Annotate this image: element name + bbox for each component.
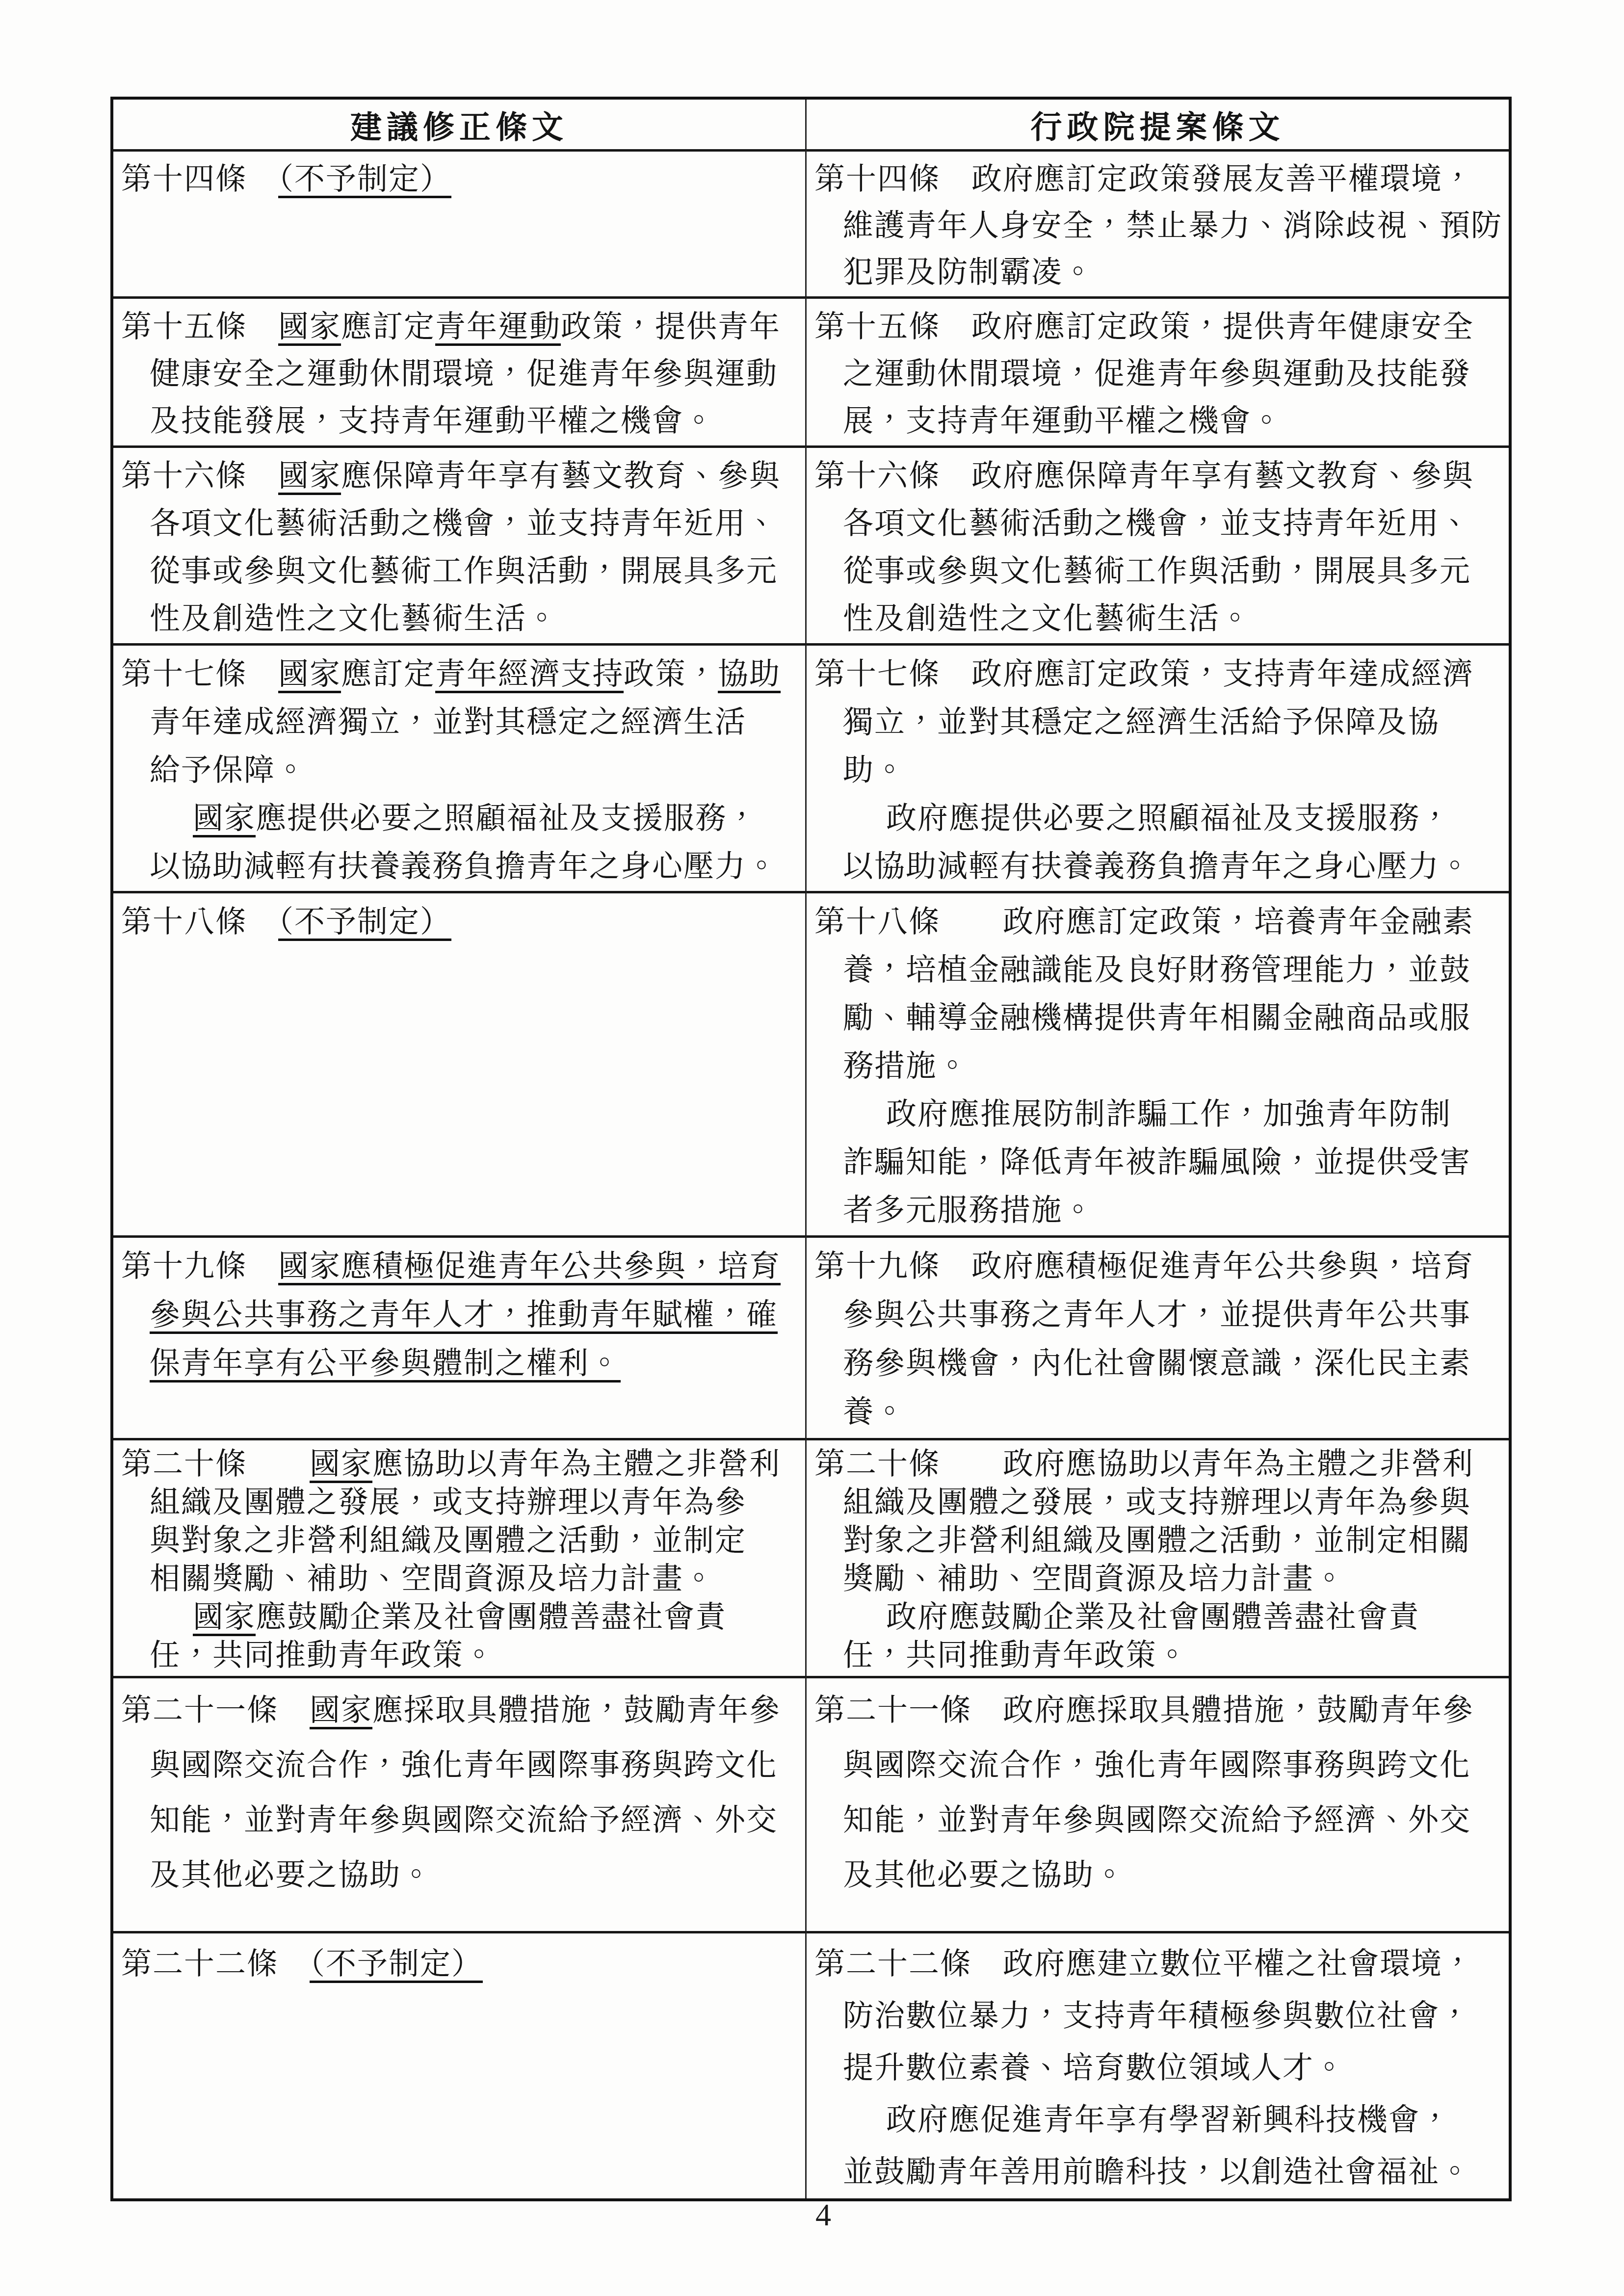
text-segment: 者多元服務措施。 — [843, 1194, 1094, 1227]
scanned-page: { "document": { "page_number": "4", "tab… — [0, 0, 1624, 2296]
text-segment: 第十八條 政府應訂定政策，培養青年金融素 — [814, 906, 1474, 939]
underlined-text-segment: 國家 — [310, 1448, 372, 1481]
text-segment: 以協助減輕有扶養義務負擔青年之身心壓力。 — [843, 850, 1471, 884]
text-line: 第十五條 國家應訂定青年運動政策，提供青年 — [121, 304, 795, 351]
underlined-text-segment: 青年運動 — [435, 311, 561, 344]
underlined-text-segment: 國家 — [193, 1601, 256, 1634]
text-line: 第十七條 政府應訂定政策，支持青年達成經濟 — [814, 651, 1499, 699]
text-segment: 防治數位暴力，支持青年積極參與數位社會， — [843, 2000, 1471, 2033]
text-segment: 政策，提供青年 — [561, 311, 781, 344]
text-line: 給予保障。 — [150, 747, 795, 795]
text-line: 以協助減輕有扶養義務負擔青年之身心壓力。 — [150, 843, 795, 891]
text-segment: 務措施。 — [843, 1050, 969, 1083]
text-line: 獎勵、補助、空間資源及培力計畫。 — [843, 1560, 1499, 1598]
underlined-text-segment: 青年經濟支持 — [435, 658, 624, 691]
text-line: 各項文化藝術活動之機會，並支持青年近用、 — [150, 500, 795, 548]
text-segment: 以協助減輕有扶養義務負擔青年之身心壓力。 — [150, 850, 778, 884]
cell-executive-yuan-proposal: 第二十一條 政府應採取具體措施，鼓勵青年參與國際交流合作，強化青年國際事務與跨文… — [807, 1676, 1509, 1931]
text-segment: 應訂定 — [341, 658, 435, 691]
text-segment: 第十六條 政府應保障青年享有藝文教育、參與 — [814, 460, 1474, 493]
text-segment: 第十九條 — [121, 1250, 278, 1283]
text-line: 青年達成經濟獨立，並對其穩定之經濟生活 — [150, 699, 795, 747]
text-line: 組織及團體之發展，或支持辦理以青年為參與 — [843, 1484, 1499, 1522]
text-line: 並鼓勵青年善用前瞻科技，以創造社會福祉。 — [843, 2146, 1499, 2198]
cell-executive-yuan-proposal: 第十四條 政府應訂定政策發展友善平權環境，維護青年人身安全，禁止暴力、消除歧視、… — [807, 149, 1509, 296]
text-line: 第十五條 政府應訂定政策，提供青年健康安全 — [814, 304, 1499, 351]
underlined-text-segment: 國家 — [193, 802, 256, 835]
text-segment: 之運動休閒環境，促進青年參與運動及技能發 — [843, 358, 1471, 391]
cell-suggested-amendment: 第十五條 國家應訂定青年運動政策，提供青年健康安全之運動休閒環境，促進青年參與運… — [113, 296, 807, 445]
underlined-text-segment: （不予制定） — [278, 906, 451, 939]
text-line: 展，支持青年運動平權之機會。 — [843, 398, 1499, 445]
cell-executive-yuan-proposal: 第十八條 政府應訂定政策，培養青年金融素養，培植金融識能及良好財務管理能力，並鼓… — [807, 891, 1509, 1235]
cell-suggested-amendment: 第十八條 （不予制定） — [113, 891, 807, 1235]
text-line: 勵、輔導金融機構提供青年相關金融商品或服 — [843, 994, 1499, 1043]
text-line: 政府應提供必要之照顧福祉及支援服務， — [886, 795, 1499, 843]
text-line: 政府應推展防制詐騙工作，加強青年防制 — [886, 1091, 1499, 1139]
text-line: 第十九條 國家應積極促進青年公共參與，培育 — [121, 1243, 795, 1291]
text-segment: 第十七條 政府應訂定政策，支持青年達成經濟 — [814, 658, 1474, 691]
text-segment: 從事或參與文化藝術工作與活動，開展具多元 — [843, 555, 1471, 588]
text-segment: 參與公共事務之青年人才，並提供青年公共事 — [843, 1299, 1471, 1332]
text-segment: 知能，並對青年參與國際交流給予經濟、外交 — [843, 1804, 1471, 1837]
cell-suggested-amendment: 第十六條 國家應保障青年享有藝文教育、參與各項文化藝術活動之機會，並支持青年近用… — [113, 445, 807, 643]
text-segment: 及其他必要之協助。 — [150, 1859, 432, 1892]
underlined-text-segment: 國家 — [278, 311, 341, 344]
text-segment: 任，共同推動青年政策。 — [150, 1639, 495, 1672]
text-line: 第二十條 政府應協助以青年為主體之非營利 — [814, 1445, 1499, 1484]
text-segment: 給予保障。 — [150, 754, 307, 787]
text-line: 養，培植金融識能及良好財務管理能力，並鼓 — [843, 946, 1499, 994]
text-line: 第二十一條 政府應採取具體措施，鼓勵青年參 — [814, 1683, 1499, 1738]
text-segment: 第十七條 — [121, 658, 278, 691]
text-line: 任，共同推動青年政策。 — [843, 1637, 1499, 1675]
text-line: 參與公共事務之青年人才，並提供青年公共事 — [843, 1291, 1499, 1340]
text-segment: 應鼓勵企業及社會團體善盡社會責 — [256, 1601, 727, 1634]
text-segment: 第十五條 政府應訂定政策，提供青年健康安全 — [814, 311, 1474, 344]
text-segment: 政府應促進青年享有學習新興科技機會， — [886, 2104, 1451, 2137]
text-segment: 展，支持青年運動平權之機會。 — [843, 405, 1283, 438]
text-segment: 應保障青年享有藝文教育、參與 — [341, 460, 781, 493]
text-line: 第十六條 政府應保障青年享有藝文教育、參與 — [814, 453, 1499, 500]
text-segment: 各項文化藝術活動之機會，並支持青年近用、 — [150, 507, 778, 541]
text-segment: 第二十二條 — [121, 1948, 310, 1981]
text-line: 參與公共事務之青年人才，推動青年賦權，確 — [150, 1291, 795, 1340]
cell-executive-yuan-proposal: 第二十二條 政府應建立數位平權之社會環境，防治數位暴力，支持青年積極參與數位社會… — [807, 1931, 1509, 2198]
text-line: 與對象之非營利組織及團體之活動，並制定 — [150, 1522, 795, 1560]
text-segment: 各項文化藝術活動之機會，並支持青年近用、 — [843, 507, 1471, 541]
text-segment: 應提供必要之照顧福祉及支援服務， — [256, 802, 758, 835]
text-line: 第十八條 政府應訂定政策，培養青年金融素 — [814, 898, 1499, 946]
text-segment: 維護青年人身安全，禁止暴力、消除歧視、預防 — [843, 209, 1502, 243]
underlined-text-segment: 國家 — [310, 1694, 372, 1727]
text-line: 第十四條 政府應訂定政策發展友善平權環境， — [814, 157, 1499, 203]
cell-executive-yuan-proposal: 第十九條 政府應積極促進青年公共參與，培育參與公共事務之青年人才，並提供青年公共… — [807, 1235, 1509, 1438]
text-segment: 應採取具體措施，鼓勵青年參 — [372, 1694, 781, 1727]
text-line: 保青年享有公平參與體制之權利。 — [150, 1340, 795, 1388]
underlined-text-segment: 國家 — [278, 460, 341, 493]
text-segment: 犯罪及防制霸凌。 — [843, 256, 1094, 289]
text-line: 第二十一條 國家應採取具體措施，鼓勵青年參 — [121, 1683, 795, 1738]
text-segment: 與國際交流合作，強化青年國際事務與跨文化 — [843, 1749, 1471, 1782]
text-segment: 第二十一條 — [121, 1694, 310, 1727]
text-line: 務參與機會，內化社會關懷意識，深化民主素 — [843, 1340, 1499, 1388]
text-segment: 應協助以青年為主體之非營利 — [372, 1448, 781, 1481]
text-line: 及技能發展，支持青年運動平權之機會。 — [150, 398, 795, 445]
text-segment: 第二十條 — [121, 1448, 310, 1481]
text-line: 務措施。 — [843, 1043, 1499, 1091]
text-segment: 及技能發展，支持青年運動平權之機會。 — [150, 405, 715, 438]
text-segment: 組織及團體之發展，或支持辦理以青年為參與 — [843, 1486, 1471, 1519]
text-line: 第二十條 國家應協助以青年為主體之非營利 — [121, 1445, 795, 1484]
page-number: 4 — [804, 2197, 843, 2233]
text-line: 以協助減輕有扶養義務負擔青年之身心壓力。 — [843, 843, 1499, 891]
text-line: 健康安全之運動休閒環境，促進青年參與運動 — [150, 351, 795, 398]
text-segment: 詐騙知能，降低青年被詐騙風險，並提供受害 — [843, 1146, 1471, 1179]
text-segment: 第十九條 政府應積極促進青年公共參與，培育 — [814, 1250, 1474, 1283]
text-line: 第十八條 （不予制定） — [121, 898, 795, 946]
underlined-text-segment: 國家應積極促進青年公共參與，培育 — [278, 1250, 781, 1283]
text-segment: 性及創造性之文化藝術生活。 — [843, 602, 1251, 636]
text-segment: 政策， — [624, 658, 718, 691]
text-line: 助。 — [843, 747, 1499, 795]
text-segment: 及其他必要之協助。 — [843, 1859, 1126, 1892]
text-segment: 獨立，並對其穩定之經濟生活給予保障及協 — [843, 706, 1440, 739]
text-segment: 健康安全之運動休閒環境，促進青年參與運動 — [150, 358, 778, 391]
cell-suggested-amendment: 第十九條 國家應積極促進青年公共參與，培育參與公共事務之青年人才，推動青年賦權，… — [113, 1235, 807, 1438]
text-segment: 第二十條 政府應協助以青年為主體之非營利 — [814, 1448, 1474, 1481]
text-segment: 第十八條 — [121, 906, 278, 939]
text-segment: 從事或參與文化藝術工作與活動，開展具多元 — [150, 555, 778, 588]
document-sheet: 建議修正條文 行政院提案條文 第十四條 （不予制定）第十四條 政府應訂定政策發展… — [0, 0, 1624, 2296]
text-line: 第二十二條 （不予制定） — [121, 1938, 795, 1990]
text-segment: 青年達成經濟獨立，並對其穩定之經濟生活 — [150, 706, 746, 739]
text-line: 各項文化藝術活動之機會，並支持青年近用、 — [843, 500, 1499, 548]
text-line: 知能，並對青年參與國際交流給予經濟、外交 — [150, 1793, 795, 1848]
cell-executive-yuan-proposal: 第十六條 政府應保障青年享有藝文教育、參與各項文化藝術活動之機會，並支持青年近用… — [807, 445, 1509, 643]
text-segment: 相關獎勵、補助、空間資源及培力計畫。 — [150, 1563, 715, 1596]
text-line: 第二十二條 政府應建立數位平權之社會環境， — [814, 1938, 1499, 1990]
text-segment: 務參與機會，內化社會關懷意識，深化民主素 — [843, 1347, 1471, 1381]
text-line: 之運動休閒環境，促進青年參與運動及技能發 — [843, 351, 1499, 398]
text-segment: 知能，並對青年參與國際交流給予經濟、外交 — [150, 1804, 778, 1837]
text-line: 第十九條 政府應積極促進青年公共參與，培育 — [814, 1243, 1499, 1291]
text-segment: 養。 — [843, 1396, 906, 1429]
text-line: 政府應促進青年享有學習新興科技機會， — [886, 2094, 1499, 2146]
cell-suggested-amendment: 第二十二條 （不予制定） — [113, 1931, 807, 2198]
column-header-left: 建議修正條文 — [113, 100, 807, 149]
text-line: 組織及團體之發展，或支持辦理以青年為參 — [150, 1484, 795, 1522]
cell-suggested-amendment: 第二十條 國家應協助以青年為主體之非營利組織及團體之發展，或支持辦理以青年為參與… — [113, 1438, 807, 1676]
text-segment: 與對象之非營利組織及團體之活動，並制定 — [150, 1524, 746, 1558]
text-line: 對象之非營利組織及團體之活動，並制定相關 — [843, 1522, 1499, 1560]
text-line: 知能，並對青年參與國際交流給予經濟、外交 — [843, 1793, 1499, 1848]
cell-executive-yuan-proposal: 第十五條 政府應訂定政策，提供青年健康安全之運動休閒環境，促進青年參與運動及技能… — [807, 296, 1509, 445]
text-line: 相關獎勵、補助、空間資源及培力計畫。 — [150, 1560, 795, 1598]
text-line: 維護青年人身安全，禁止暴力、消除歧視、預防 — [843, 203, 1499, 250]
text-segment: 助。 — [843, 754, 906, 787]
text-segment: 性及創造性之文化藝術生活。 — [150, 602, 558, 636]
text-segment: 第二十一條 政府應採取具體措施，鼓勵青年參 — [814, 1694, 1474, 1727]
underlined-text-segment: 參與公共事務之青年人才，推動青年賦權，確 — [150, 1299, 778, 1332]
text-line: 及其他必要之協助。 — [843, 1848, 1499, 1903]
text-line: 與國際交流合作，強化青年國際事務與跨文化 — [150, 1738, 795, 1793]
underlined-text-segment: （不予制定） — [278, 163, 451, 196]
text-line: 任，共同推動青年政策。 — [150, 1637, 795, 1675]
text-line: 者多元服務措施。 — [843, 1187, 1499, 1235]
text-line: 犯罪及防制霸凌。 — [843, 250, 1499, 296]
text-segment: 第二十二條 政府應建立數位平權之社會環境， — [814, 1948, 1474, 1981]
underlined-text-segment: 保青年享有公平參與體制之權利。 — [150, 1347, 621, 1381]
text-line: 國家應鼓勵企業及社會團體善盡社會責 — [193, 1598, 795, 1637]
cell-suggested-amendment: 第十七條 國家應訂定青年經濟支持政策，協助青年達成經濟獨立，並對其穩定之經濟生活… — [113, 643, 807, 891]
underlined-text-segment: 國家 — [278, 658, 341, 691]
text-segment: 第十五條 — [121, 311, 278, 344]
text-segment: 組織及團體之發展，或支持辦理以青年為參 — [150, 1486, 746, 1519]
text-line: 性及創造性之文化藝術生活。 — [843, 596, 1499, 643]
text-segment: 任，共同推動青年政策。 — [843, 1639, 1188, 1672]
text-line: 與國際交流合作，強化青年國際事務與跨文化 — [843, 1738, 1499, 1793]
text-line: 獨立，並對其穩定之經濟生活給予保障及協 — [843, 699, 1499, 747]
text-line: 第十六條 國家應保障青年享有藝文教育、參與 — [121, 453, 795, 500]
underlined-text-segment: 協助 — [718, 658, 781, 691]
text-segment: 第十六條 — [121, 460, 278, 493]
cell-executive-yuan-proposal: 第十七條 政府應訂定政策，支持青年達成經濟獨立，並對其穩定之經濟生活給予保障及協… — [807, 643, 1509, 891]
column-header-right: 行政院提案條文 — [807, 100, 1509, 149]
text-segment: 第十四條 政府應訂定政策發展友善平權環境， — [814, 163, 1474, 196]
text-line: 從事或參與文化藝術工作與活動，開展具多元 — [843, 548, 1499, 596]
text-line: 國家應提供必要之照顧福祉及支援服務， — [193, 795, 795, 843]
text-line: 及其他必要之協助。 — [150, 1848, 795, 1903]
text-line: 提升數位素養、培育數位領域人才。 — [843, 2042, 1499, 2094]
text-line: 政府應鼓勵企業及社會團體善盡社會責 — [886, 1598, 1499, 1637]
text-line: 性及創造性之文化藝術生活。 — [150, 596, 795, 643]
text-segment: 應訂定 — [341, 311, 435, 344]
text-segment: 勵、輔導金融機構提供青年相關金融商品或服 — [843, 1002, 1471, 1035]
text-segment: 政府應提供必要之照顧福祉及支援服務， — [886, 802, 1451, 835]
text-segment: 獎勵、補助、空間資源及培力計畫。 — [843, 1563, 1345, 1596]
text-segment: 政府應推展防制詐騙工作，加強青年防制 — [886, 1098, 1451, 1131]
text-segment: 與國際交流合作，強化青年國際事務與跨文化 — [150, 1749, 778, 1782]
text-line: 養。 — [843, 1388, 1499, 1437]
text-line: 第十七條 國家應訂定青年經濟支持政策，協助 — [121, 651, 795, 699]
text-line: 從事或參與文化藝術工作與活動，開展具多元 — [150, 548, 795, 596]
cell-suggested-amendment: 第十四條 （不予制定） — [113, 149, 807, 296]
comparison-table: 建議修正條文 行政院提案條文 第十四條 （不予制定）第十四條 政府應訂定政策發展… — [110, 97, 1512, 2201]
text-line: 防治數位暴力，支持青年積極參與數位社會， — [843, 1990, 1499, 2042]
cell-executive-yuan-proposal: 第二十條 政府應協助以青年為主體之非營利組織及團體之發展，或支持辦理以青年為參與… — [807, 1438, 1509, 1676]
text-segment: 養，培植金融識能及良好財務管理能力，並鼓 — [843, 954, 1471, 987]
text-segment: 第十四條 — [121, 163, 278, 196]
text-segment: 提升數位素養、培育數位領域人才。 — [843, 2052, 1345, 2085]
text-segment: 並鼓勵青年善用前瞻科技，以創造社會福祉。 — [843, 2156, 1471, 2189]
text-segment: 對象之非營利組織及團體之活動，並制定相關 — [843, 1524, 1471, 1558]
text-segment: 政府應鼓勵企業及社會團體善盡社會責 — [886, 1601, 1420, 1634]
underlined-text-segment: （不予制定） — [310, 1948, 483, 1981]
text-line: 第十四條 （不予制定） — [121, 157, 795, 203]
text-line: 詐騙知能，降低青年被詐騙風險，並提供受害 — [843, 1139, 1499, 1187]
cell-suggested-amendment: 第二十一條 國家應採取具體措施，鼓勵青年參與國際交流合作，強化青年國際事務與跨文… — [113, 1676, 807, 1931]
